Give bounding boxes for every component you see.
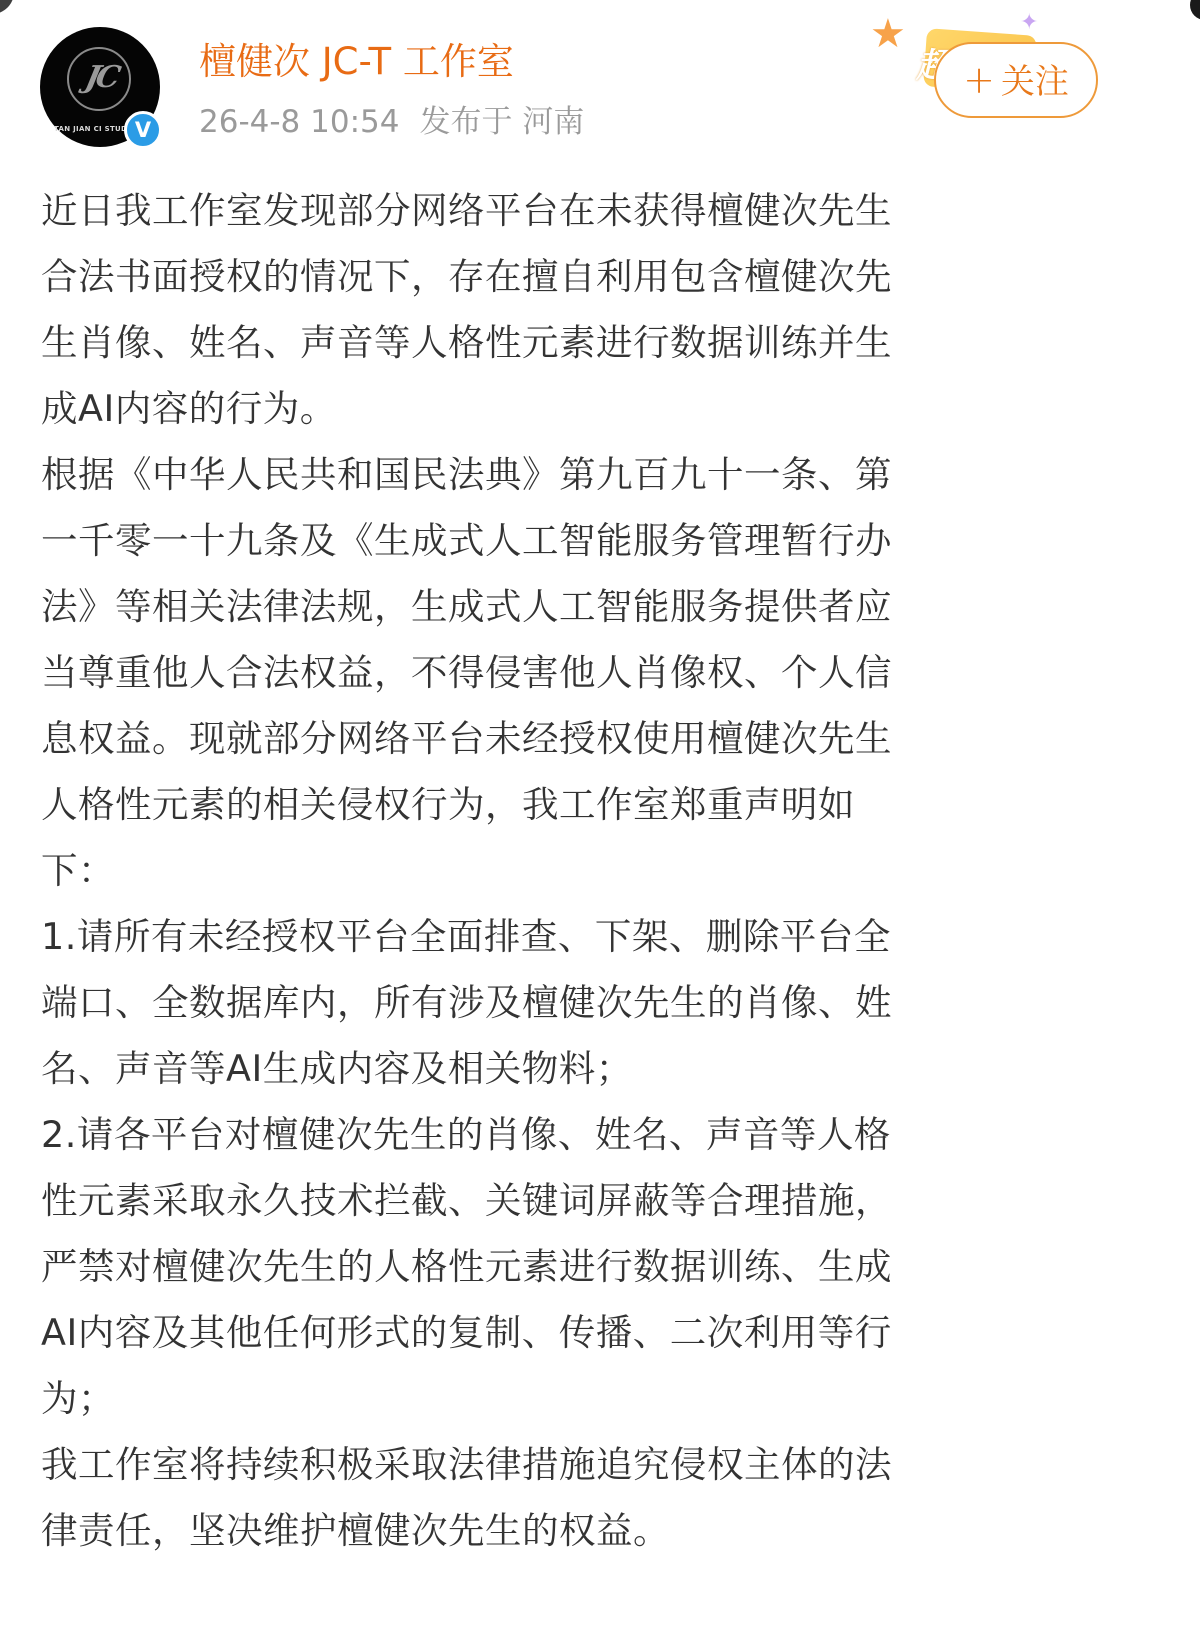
post-header: JC TAN JIAN CI STUDIO V 檀健次 JC-T 工作室 26-… xyxy=(0,0,1200,165)
post-location: 发布于 河南 xyxy=(419,104,584,140)
post-text-line: 我工作室将持续积极采取法律措施追究侵权主体的法 xyxy=(41,1432,1141,1498)
follow-button[interactable]: +关注 xyxy=(934,42,1098,118)
post-text-line: 一千零一十九条及《生成式人工智能服务管理暂行办 xyxy=(41,508,1141,574)
star-icon: ★ xyxy=(870,14,906,54)
post-text-line: 为； xyxy=(41,1366,1141,1432)
post-text-line: 性元素采取永久技术拦截、关键词屏蔽等合理措施， xyxy=(41,1168,1141,1234)
author-name[interactable]: 檀健次 JC-T 工作室 xyxy=(199,36,514,88)
post-timestamp: 26-4-8 10:54 xyxy=(199,104,399,140)
plus-icon: + xyxy=(963,58,995,102)
post-text-line: 近日我工作室发现部分网络平台在未获得檀健次先生 xyxy=(41,178,1141,244)
post-text-line: 成AI内容的行为。 xyxy=(41,376,1141,442)
post-text-line: 律责任，坚决维护檀健次先生的权益。 xyxy=(41,1498,1141,1564)
post-text-line: 根据《中华人民共和国民法典》第九百九十一条、第 xyxy=(41,442,1141,508)
post-text-line: 当尊重他人合法权益，不得侵害他人肖像权、个人信 xyxy=(41,640,1141,706)
follow-label: 关注 xyxy=(1001,62,1069,102)
verified-badge-icon: V xyxy=(124,111,162,149)
post-text-line: 息权益。现就部分网络平台未经授权使用檀健次先生 xyxy=(41,706,1141,772)
avatar-logo: JC xyxy=(66,60,135,95)
post-text-line: 端口、全数据库内，所有涉及檀健次先生的肖像、姓 xyxy=(41,970,1141,1036)
post-body: 近日我工作室发现部分网络平台在未获得檀健次先生 合法书面授权的情况下，存在擅自利… xyxy=(41,178,1141,1564)
post-text-line: 生肖像、姓名、声音等人格性元素进行数据训练并生 xyxy=(41,310,1141,376)
post-text-line: 名、声音等AI生成内容及相关物料； xyxy=(41,1036,1141,1102)
sparkle-icon: ✦ xyxy=(1020,12,1038,34)
post-text-line: 人格性元素的相关侵权行为，我工作室郑重声明如 xyxy=(41,772,1141,838)
post-text-line: 2.请各平台对檀健次先生的肖像、姓名、声音等人格 xyxy=(41,1102,1141,1168)
post-text-line: 法》等相关法律法规，生成式人工智能服务提供者应 xyxy=(41,574,1141,640)
post-meta: 26-4-8 10:54发布于 河南 xyxy=(199,100,584,144)
post-text-line: AI内容及其他任何形式的复制、传播、二次利用等行 xyxy=(41,1300,1141,1366)
avatar-caption: TAN JIAN CI STUDIO xyxy=(54,125,134,133)
post-text-line: 下： xyxy=(41,838,1141,904)
post-text-line: 严禁对檀健次先生的人格性元素进行数据训练、生成 xyxy=(41,1234,1141,1300)
post-text-line: 合法书面授权的情况下，存在擅自利用包含檀健次先 xyxy=(41,244,1141,310)
post-text-line: 1.请所有未经授权平台全面排查、下架、删除平台全 xyxy=(41,904,1141,970)
